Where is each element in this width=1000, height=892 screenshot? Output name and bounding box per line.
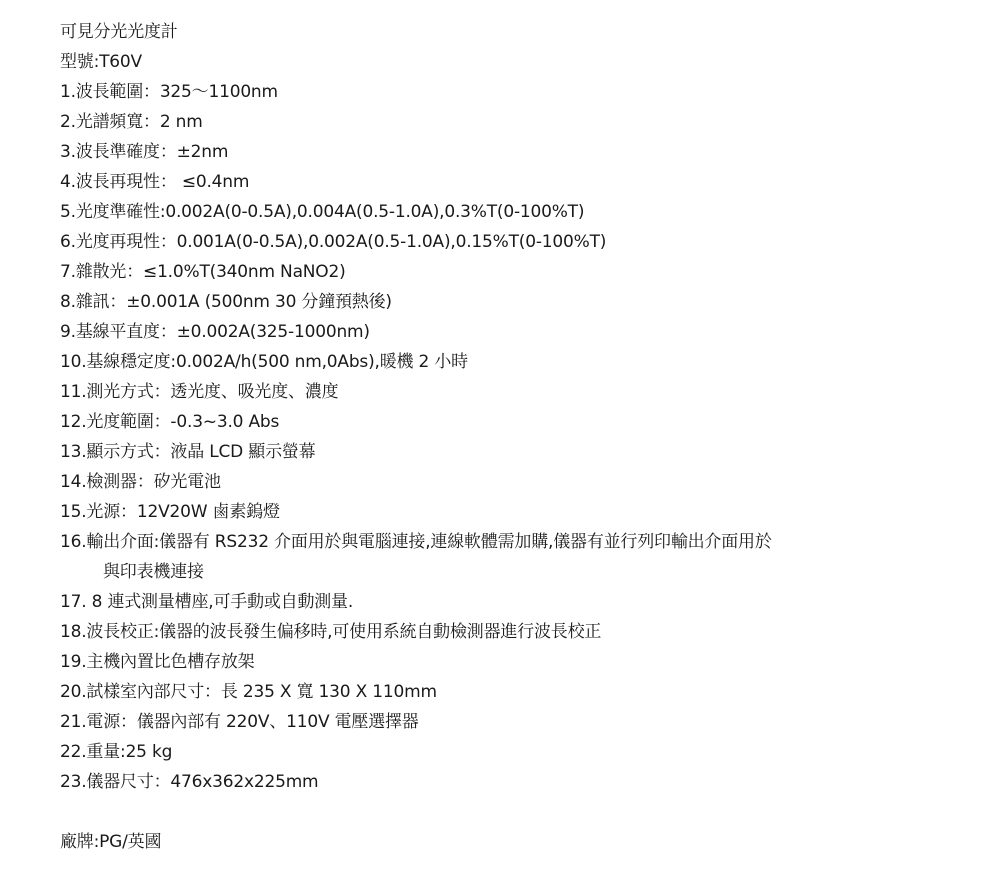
spec-item-baseline-stability: 10.基線穩定度:0.002A/h(500 nm,0Abs),暖機 2 小時: [60, 347, 960, 377]
spec-item-power: 21.電源：儀器內部有 220V、110V 電壓選擇器: [60, 707, 960, 737]
spec-item-photometric-repeatability: 6.光度再現性：0.001A(0-0.5A),0.002A(0.5-1.0A),…: [60, 227, 960, 257]
spec-item-spectral-bandwidth: 2.光譜頻寬：2 nm: [60, 107, 960, 137]
spec-item-cell-holder: 17. 8 連式測量槽座,可手動或自動測量.: [60, 587, 960, 617]
document-title: 可見分光光度計: [60, 17, 960, 47]
blank-line: [60, 797, 960, 827]
spec-item-photometric-mode: 11.測光方式：透光度、吸光度、濃度: [60, 377, 960, 407]
spec-item-photometric-accuracy: 5.光度準確性:0.002A(0-0.5A),0.004A(0.5-1.0A),…: [60, 197, 960, 227]
spec-item-dimensions: 23.儀器尺寸：476x362x225mm: [60, 767, 960, 797]
spec-item-output-interface-continuation: 與印表機連接: [60, 557, 960, 587]
spec-item-wavelength-repeatability: 4.波長再現性： ≤0.4nm: [60, 167, 960, 197]
spec-item-stray-light: 7.雜散光：≤1.0%T(340nm NaNO2): [60, 257, 960, 287]
spec-item-wavelength-accuracy: 3.波長準確度：±2nm: [60, 137, 960, 167]
spec-item-wavelength-range: 1.波長範圍：325～1100nm: [60, 77, 960, 107]
model-number: 型號:T60V: [60, 47, 960, 77]
spec-item-noise: 8.雜訊：±0.001A (500nm 30 分鐘預熱後): [60, 287, 960, 317]
spec-item-sample-chamber-size: 20.試樣室內部尺寸：長 235 X 寬 130 X 110mm: [60, 677, 960, 707]
brand-info: 廠牌:PG/英國: [60, 827, 960, 857]
spec-item-cuvette-storage: 19.主機內置比色槽存放架: [60, 647, 960, 677]
spec-item-display: 13.顯示方式：液晶 LCD 顯示螢幕: [60, 437, 960, 467]
spec-item-light-source: 15.光源：12V20W 鹵素鎢燈: [60, 497, 960, 527]
spec-item-output-interface: 16.輸出介面:儀器有 RS232 介面用於與電腦連接,連線軟體需加購,儀器有並…: [60, 527, 960, 557]
spec-item-detector: 14.檢測器：矽光電池: [60, 467, 960, 497]
spec-item-photometric-range: 12.光度範圍：-0.3~3.0 Abs: [60, 407, 960, 437]
spec-item-baseline-flatness: 9.基線平直度：±0.002A(325-1000nm): [60, 317, 960, 347]
spec-item-weight: 22.重量:25 kg: [60, 737, 960, 767]
spec-document: 可見分光光度計 型號:T60V 1.波長範圍：325～1100nm 2.光譜頻寬…: [60, 17, 960, 857]
spec-item-wavelength-calibration: 18.波長校正:儀器的波長發生偏移時,可使用系統自動檢測器進行波長校正: [60, 617, 960, 647]
